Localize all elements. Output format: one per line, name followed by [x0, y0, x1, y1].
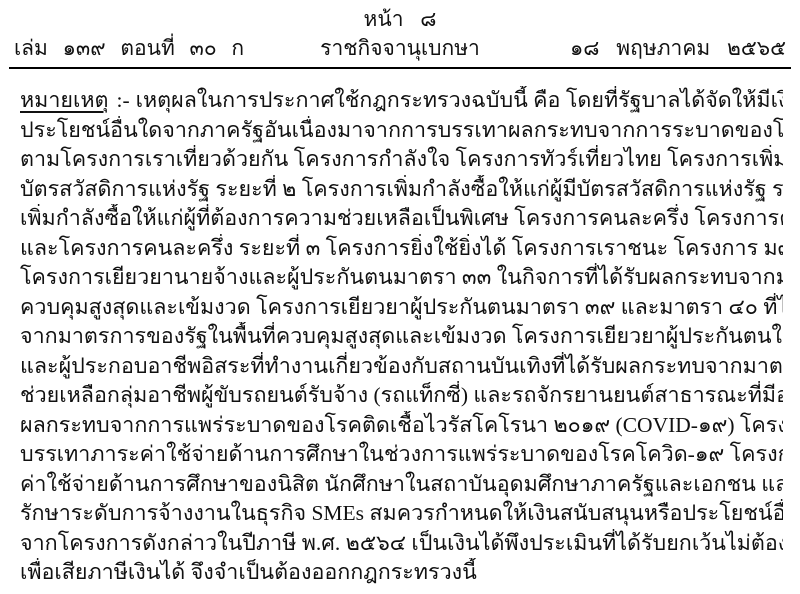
note-line: จากมาตรการของรัฐในพื้นที่ควบคุมสูงสุดและ… [20, 322, 783, 352]
gazette-header: หน้า ๘ เล่ม ๑๓๙ ตอนที่ ๓๐ ก ราชกิจจานุเบ… [0, 0, 800, 69]
note-line: เพื่อเสียภาษีเงินได้ จึงจำเป็นต้องออกกฎก… [20, 558, 783, 588]
note-line: ช่วยเหลือกลุ่มอาชีพผู้ขับรถยนต์รับจ้าง (… [20, 381, 783, 411]
note-line: ควบคุมสูงสุดและเข้มงวด โครงการเยียวยาผู้… [20, 293, 783, 323]
note-line: ค่าใช้จ่ายด้านการศึกษาของนิสิต นักศึกษาใ… [20, 470, 783, 500]
note-line: รักษาระดับการจ้างงานในธุรกิจ SMEs สมควรก… [20, 499, 783, 529]
note-line: หมายเหตุ:-เหตุผลในการประกาศใช้กฎกระทรวงฉ… [20, 86, 783, 116]
note-line: เพิ่มกำลังซื้อให้แก่ผู้ที่ต้องการความช่ว… [20, 204, 783, 234]
note-line: โครงการเยียวยานายจ้างและผู้ประกันตนมาตรา… [20, 263, 783, 293]
header-divider [9, 67, 791, 69]
note-line: ประโยชน์อื่นใดจากภาครัฐอันเนื่องมาจากการ… [20, 116, 783, 146]
note-line: และโครงการคนละครึ่ง ระยะที่ ๓ โครงการยิ่… [20, 234, 783, 264]
note-line: จากโครงการดังกล่าวในปีภาษี พ.ศ. ๒๕๖๔ เป็… [20, 529, 783, 559]
publication-date: ๑๘ พฤษภาคม ๒๕๖๕ [570, 34, 786, 62]
note-line: และผู้ประกอบอาชีพอิสระที่ทำงานเกี่ยวข้อง… [20, 352, 783, 382]
note-line: ตามโครงการเราเที่ยวด้วยกัน โครงการกำลังใ… [20, 145, 783, 175]
note-line: บัตรสวัสดิการแห่งรัฐ ระยะที่ ๒ โครงการเพ… [20, 175, 783, 205]
note-separator: :- [109, 88, 136, 112]
note-line: บรรเทาภาระค่าใช้จ่ายด้านการศึกษาในช่วงกา… [20, 440, 783, 470]
note-label: หมายเหตุ [20, 88, 109, 112]
note-line-text: เหตุผลในการประกาศใช้กฎกระทรวงฉบับนี้ คือ… [136, 88, 783, 112]
note-paragraph: หมายเหตุ:-เหตุผลในการประกาศใช้กฎกระทรวงฉ… [0, 86, 800, 588]
page-number: หน้า ๘ [0, 6, 800, 32]
header-row: เล่ม ๑๓๙ ตอนที่ ๓๐ ก ราชกิจจานุเบกษา ๑๘ … [12, 34, 788, 62]
gazette-page: หน้า ๘ เล่ม ๑๓๙ ตอนที่ ๓๐ ก ราชกิจจานุเบ… [0, 0, 800, 594]
note-line: ผลกระทบจากการแพร่ระบาดของโรคติดเชื้อไวรั… [20, 411, 783, 441]
